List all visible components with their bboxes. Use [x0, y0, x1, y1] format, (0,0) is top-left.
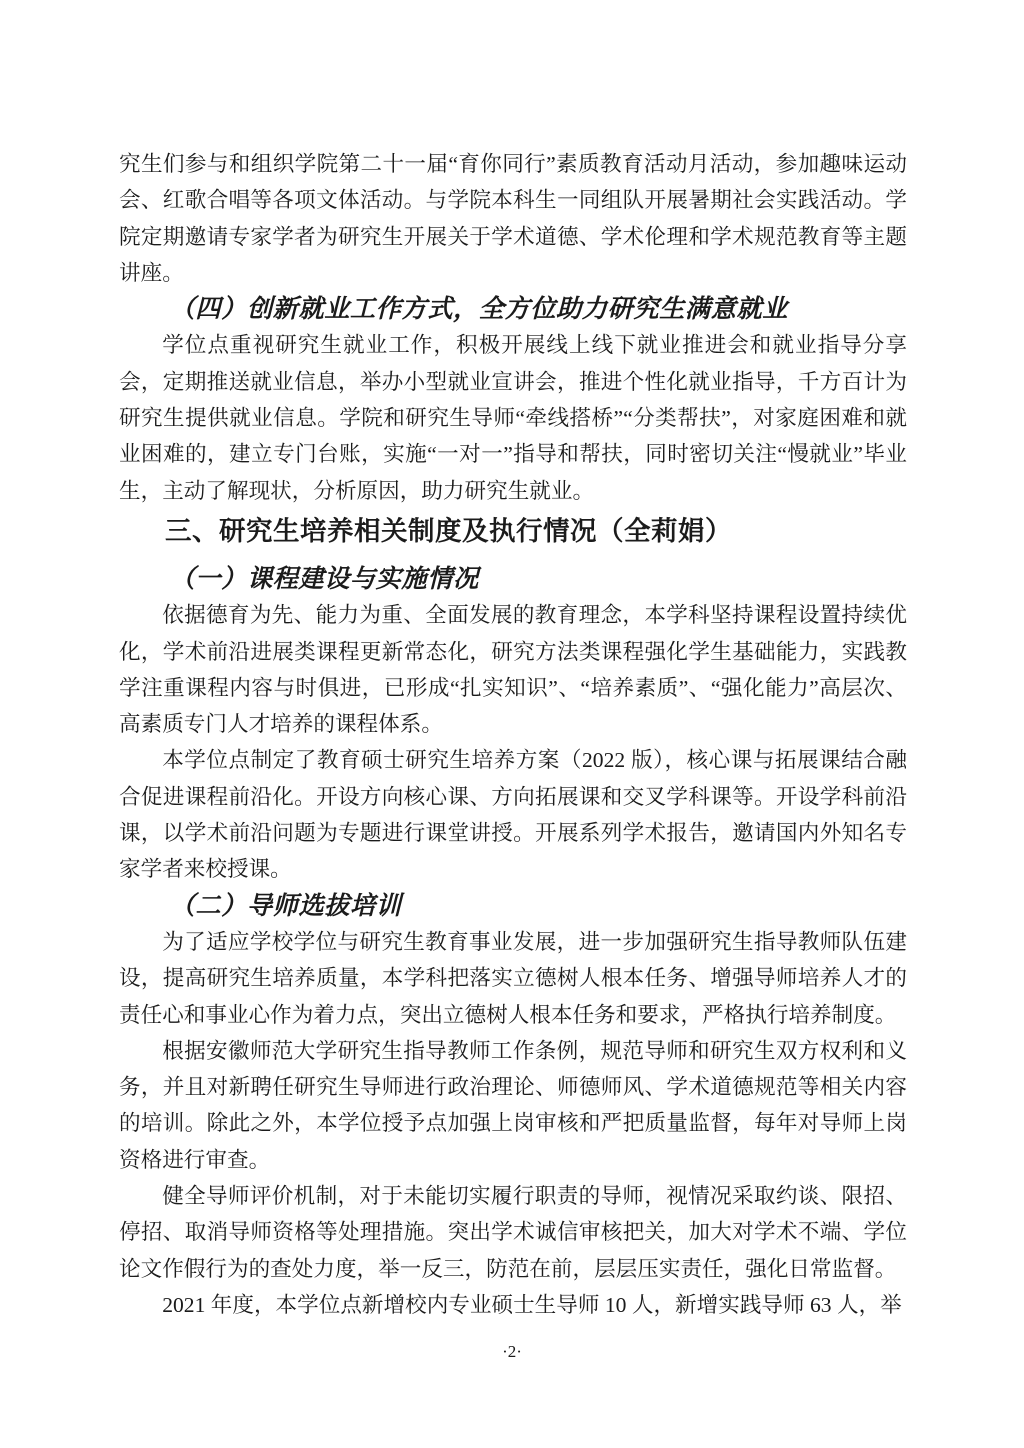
body-paragraph: 本学位点制定了教育硕士研究生培养方案（2022 版），核心课与拓展课结合融合促进… — [119, 742, 907, 887]
subsection-heading: （一）课程建设与实施情况 — [119, 561, 907, 597]
page-footer: ·2· — [0, 1342, 1024, 1362]
body-paragraph: 为了适应学校学位与研究生教育事业发展，进一步加强研究生指导教师队伍建设，提高研究… — [119, 924, 907, 1033]
body-paragraph: 2021 年度，本学位点新增校内专业硕士生导师 10 人，新增实践导师 63 人… — [119, 1287, 907, 1323]
body-paragraph: 学位点重视研究生就业工作，积极开展线上线下就业推进会和就业指导分享会，定期推送就… — [119, 327, 907, 508]
page-number: ·2· — [502, 1342, 522, 1361]
body-paragraph: 依据德育为先、能力为重、全面发展的教育理念，本学科坚持课程设置持续优化，学术前沿… — [119, 597, 907, 742]
subsection-heading: （四）创新就业工作方式，全方位助力研究生满意就业 — [119, 291, 907, 327]
document-page: 究生们参与和组织学院第二十一届“育你同行”素质教育活动月活动，参加趣味运动会、红… — [0, 0, 1024, 1448]
document-content: 究生们参与和组织学院第二十一届“育你同行”素质教育活动月活动，参加趣味运动会、红… — [119, 146, 907, 1323]
section-heading: 三、研究生培养相关制度及执行情况（全莉娟） — [119, 509, 907, 553]
subsection-heading: （二）导师选拔培训 — [119, 888, 907, 924]
body-paragraph: 健全导师评价机制，对于未能切实履行职责的导师，视情况采取约谈、限招、停招、取消导… — [119, 1178, 907, 1287]
body-paragraph-continuation: 究生们参与和组织学院第二十一届“育你同行”素质教育活动月活动，参加趣味运动会、红… — [119, 146, 907, 291]
body-paragraph: 根据安徽师范大学研究生指导教师工作条例，规范导师和研究生双方权利和义务，并且对新… — [119, 1033, 907, 1178]
